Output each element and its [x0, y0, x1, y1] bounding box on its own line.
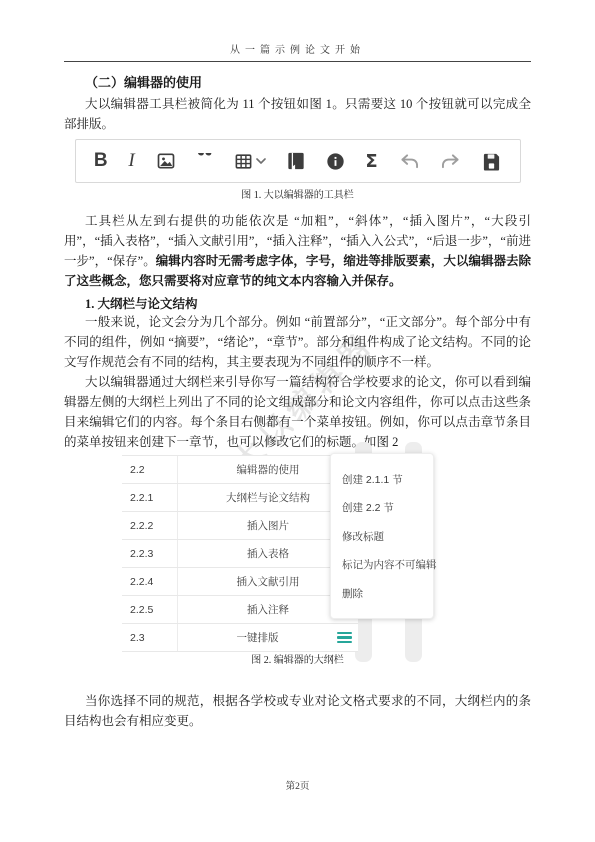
- outline-row: 2.2.2 插入图片: [122, 512, 358, 540]
- table-group: [234, 149, 266, 173]
- menu-item: 创建 2.1.1 节: [342, 472, 433, 487]
- paragraph-closing: 当你选择不同的规范，根据各学校或专业对论文格式要求的不同，大纲栏内的条目结构也会…: [64, 691, 531, 731]
- subsection-heading: 1. 大纲栏与论文结构: [64, 296, 531, 312]
- outline-row-number: 2.2.1: [122, 484, 178, 511]
- formula-sigma-icon: Σ: [365, 149, 377, 173]
- page-number: 第2页: [0, 778, 595, 792]
- menu-item: 删除: [342, 586, 433, 601]
- section-heading: （二）编辑器的使用: [64, 75, 531, 91]
- redo-icon: [440, 149, 461, 173]
- figure1-toolbar-image: B I “ Σ: [75, 139, 521, 183]
- figure1-caption: 图 1. 大以编辑器的工具栏: [0, 189, 595, 202]
- paragraph-outline-guide: 大以编辑器通过大纲栏来引导你写一篇结构符合学校要求的论文，你可以看到编辑器左侧的…: [64, 372, 531, 452]
- paragraph-toolbar-functions: 工具栏从左到右提供的功能依次是 “加粗”，“斜体”，“插入图片”，“大段引用”，…: [64, 211, 531, 291]
- image-icon: [156, 149, 176, 173]
- format-list-icon: [337, 632, 352, 644]
- quote-icon: “: [196, 149, 213, 173]
- outline-row-number: 2.2: [122, 456, 178, 483]
- outline-row-title: 一键排版: [178, 630, 337, 645]
- outline-row-number: 2.2.4: [122, 568, 178, 595]
- outline-row: 2.3 一键排版: [122, 624, 358, 652]
- outline-row: 2.2.1 大纲栏与论文结构: [122, 484, 358, 512]
- paragraph-intro: 大以编辑器工具栏被简化为 11 个按钮如图 1。只需要这 10 个按钮就可以完成…: [64, 94, 531, 134]
- italic-icon: I: [128, 149, 134, 173]
- figure2-outline-image: 2.2 编辑器的使用 2.2.1 大纲栏与论文结构 2.2.2 插入图片 2.2…: [64, 455, 531, 650]
- menu-item: 标记为内容不可编辑: [342, 557, 433, 572]
- chevron-down-icon: [256, 149, 266, 173]
- outline-row-number: 2.3: [122, 624, 178, 651]
- menu-item: 修改标题: [342, 529, 433, 544]
- undo-icon: [399, 149, 420, 173]
- outline-row: 2.2.4 插入文献引用: [122, 568, 358, 596]
- document-page: 大以编辑器 从一篇示例论文开始 （二）编辑器的使用 大以编辑器工具栏被简化为 1…: [0, 0, 595, 842]
- menu-item: 创建 2.2 节: [342, 500, 433, 515]
- info-icon: [326, 149, 345, 173]
- bold-icon: B: [94, 149, 108, 173]
- outline-row-number: 2.2.3: [122, 540, 178, 567]
- outline-row-number: 2.2.2: [122, 512, 178, 539]
- outline-row: 2.2.3 插入表格: [122, 540, 358, 568]
- header-divider: [64, 61, 531, 62]
- outline-row-number: 2.2.5: [122, 596, 178, 623]
- outline-row: 2.2.5 插入注释: [122, 596, 358, 624]
- table-icon: [234, 149, 253, 173]
- outline-row: 2.2 编辑器的使用: [122, 456, 358, 484]
- save-icon: [482, 149, 501, 173]
- outline-panel: 2.2 编辑器的使用 2.2.1 大纲栏与论文结构 2.2.2 插入图片 2.2…: [122, 455, 358, 652]
- figure2-caption: 图 2. 编辑器的大纲栏: [0, 654, 595, 667]
- citation-book-icon: [287, 149, 305, 173]
- paragraph-structure: 一般来说，论文会分为几个部分。例如 “前置部分”，“正文部分”。每个部分中有不同…: [64, 312, 531, 372]
- page-header-title: 从一篇示例论文开始: [64, 0, 531, 57]
- context-menu: 创建 2.1.1 节 创建 2.2 节 修改标题 标记为内容不可编辑 删除: [330, 453, 434, 619]
